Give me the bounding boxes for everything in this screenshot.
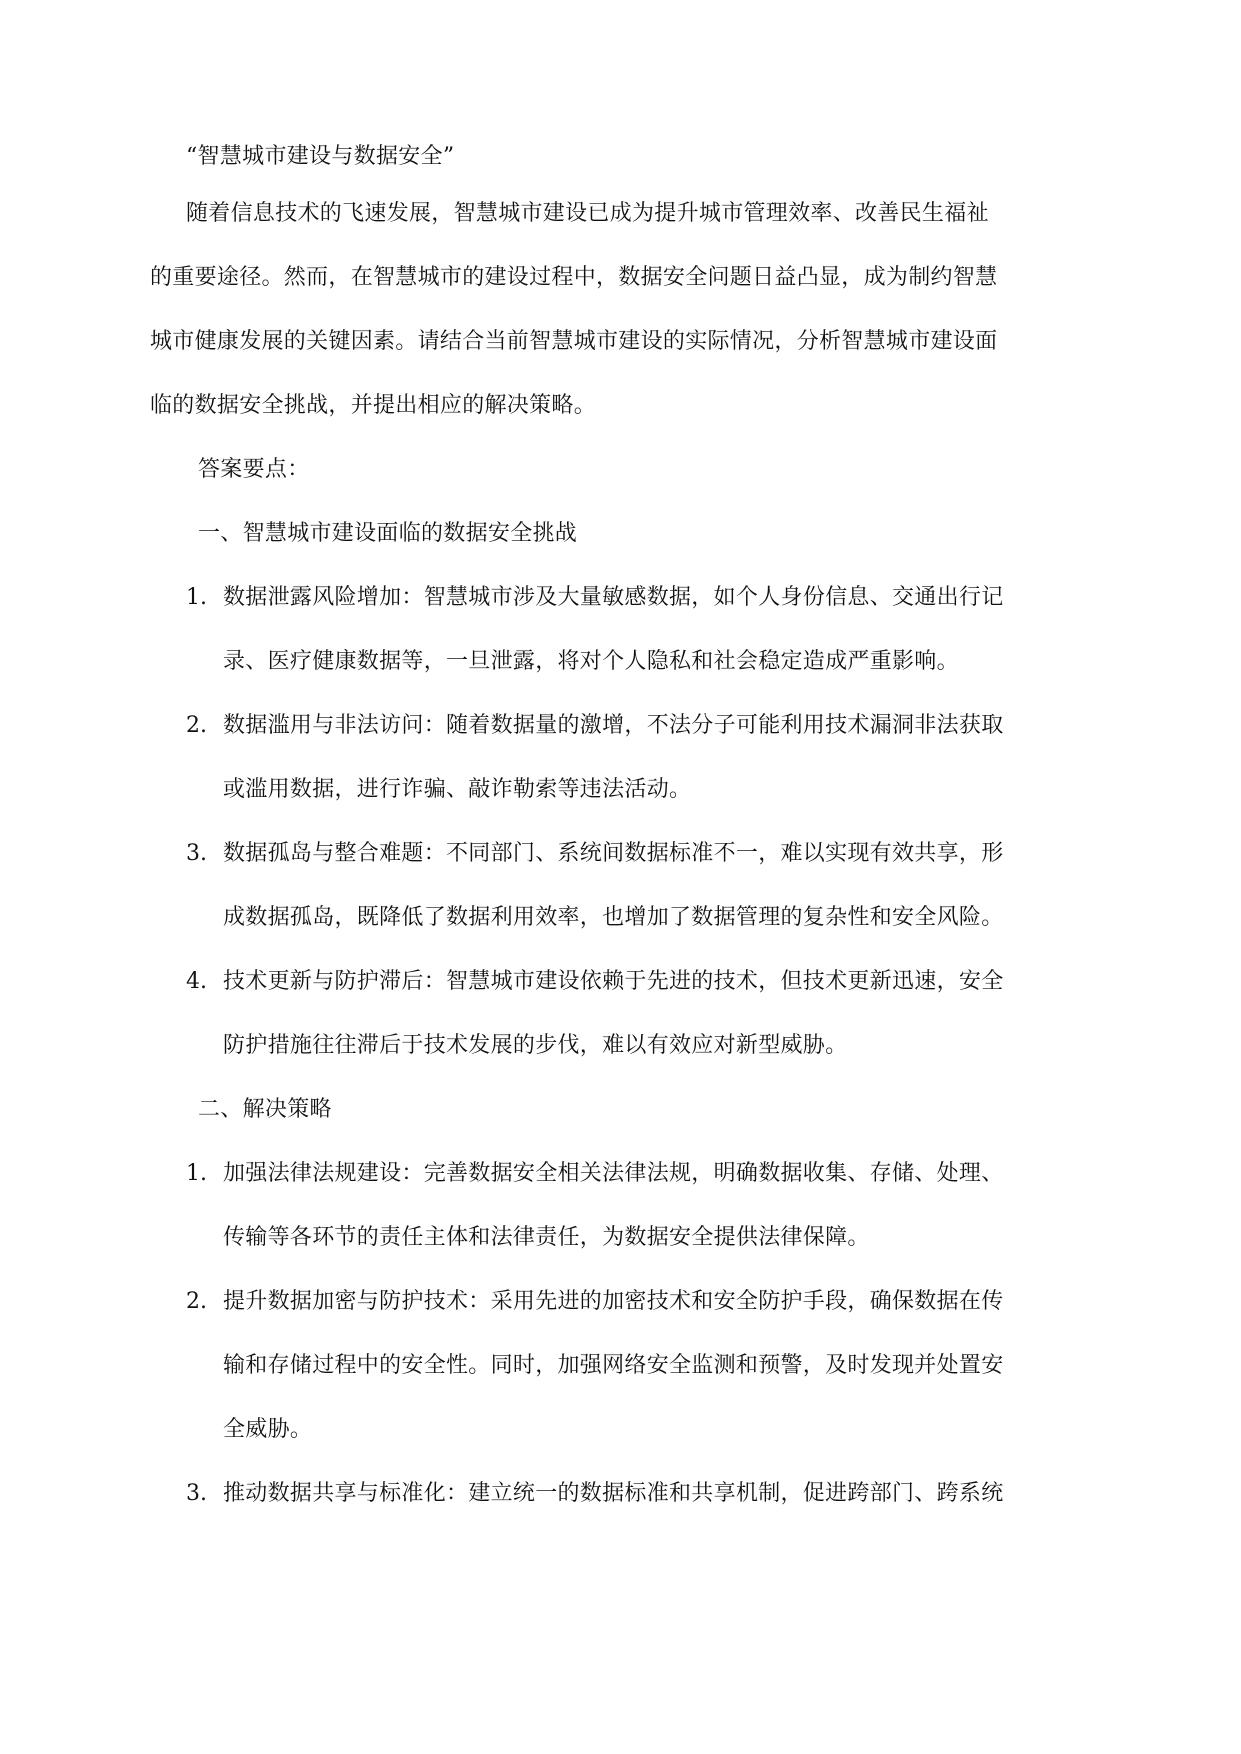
list-item-line: 录、医疗健康数据等，一旦泄露，将对个人隐私和社会稳定造成严重影响。	[223, 647, 959, 677]
section-heading: 二、解决策略	[198, 1095, 332, 1125]
list-number: 1.	[186, 583, 207, 613]
list-number: 3.	[186, 839, 207, 869]
list-item-line: 防护措施往往滞后于技术发展的步伐，难以有效应对新型威胁。	[223, 1031, 847, 1061]
list-item-line: 成数据孤岛，既降低了数据利用效率，也增加了数据管理的复杂性和安全风险。	[223, 903, 1004, 933]
list-number: 1.	[186, 1159, 207, 1189]
document-page: “智慧城市建设与数据安全” 随着信息技术的飞速发展，智慧城市建设已成为提升城市管…	[0, 0, 1241, 1754]
list-item-line: 数据泄露风险增加：智慧城市涉及大量敏感数据，如个人身份信息、交通出行记	[223, 583, 1004, 613]
list-item-line: 技术更新与防护滞后：智慧城市建设依赖于先进的技术，但技术更新迅速，安全	[223, 967, 1004, 997]
list-number: 2.	[186, 711, 207, 741]
list-item-line: 数据滥用与非法访问：随着数据量的激增，不法分子可能利用技术漏洞非法获取	[223, 711, 1004, 741]
intro-line: 的重要途径。然而，在智慧城市的建设过程中，数据安全问题日益凸显，成为制约智慧	[150, 263, 997, 293]
intro-line: 随着信息技术的飞速发展，智慧城市建设已成为提升城市管理效率、改善民生福祉	[186, 199, 989, 229]
list-number: 2.	[186, 1287, 207, 1317]
list-number: 4.	[186, 967, 207, 997]
answer-heading: 答案要点：	[198, 455, 310, 485]
list-number: 3.	[186, 1479, 207, 1509]
list-item-line: 全威胁。	[223, 1415, 312, 1445]
list-item-line: 加强法律法规建设：完善数据安全相关法律法规，明确数据收集、存储、处理、	[223, 1159, 1004, 1189]
list-item-line: 传输等各环节的责任主体和法律责任，为数据安全提供法律保障。	[223, 1223, 870, 1253]
intro-line: 城市健康发展的关键因素。请结合当前智慧城市建设的实际情况，分析智慧城市建设面	[150, 327, 997, 357]
section-heading: 一、智慧城市建设面临的数据安全挑战	[198, 519, 577, 549]
list-item-line: 提升数据加密与防护技术：采用先进的加密技术和安全防护手段，确保数据在传	[223, 1287, 1004, 1317]
list-item-line: 数据孤岛与整合难题：不同部门、系统间数据标准不一，难以实现有效共享，形	[223, 839, 1004, 869]
list-item-line: 推动数据共享与标准化：建立统一的数据标准和共享机制，促进跨部门、跨系统	[223, 1479, 1004, 1509]
list-item-line: 输和存储过程中的安全性。同时，加强网络安全监测和预警，及时发现并处置安	[223, 1351, 1004, 1381]
intro-line: 临的数据安全挑战，并提出相应的解决策略。	[150, 391, 596, 421]
list-item-line: 或滥用数据，进行诈骗、敲诈勒索等违法活动。	[223, 775, 691, 805]
document-title: “智慧城市建设与数据安全”	[186, 142, 454, 172]
